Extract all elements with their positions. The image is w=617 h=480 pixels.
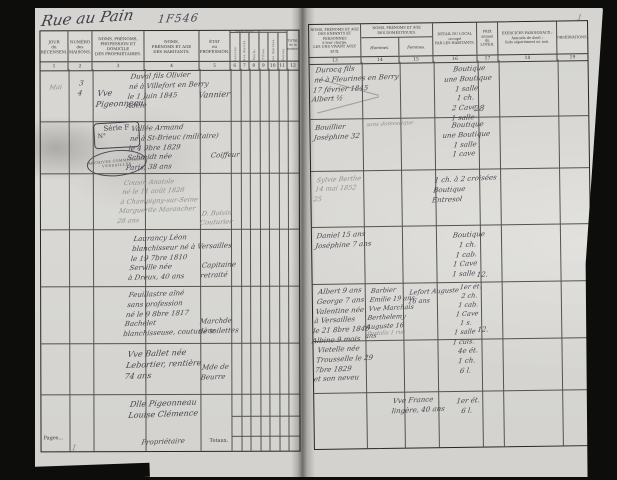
subcol-garcons: Garçons. xyxy=(233,46,237,61)
header-exercices: EXERCICES PAROISSIAUX ; Annuels de droit… xyxy=(498,22,557,55)
header-domestiques: NOMS, PRÉNOMS ET AGE DES DOMESTIQUES. xyxy=(361,23,432,38)
subcol-hommes-maries: Hommes mariés. xyxy=(242,39,246,61)
colnum: 10 xyxy=(269,62,279,70)
scanned-register-page: Rue au Pain 1F546 1 JOUR du RECENSEM. NU… xyxy=(0,0,617,480)
colnum: 16 xyxy=(433,56,477,63)
header-sexe-masculin: SEXE MASCULIN. xyxy=(230,31,259,32)
entry-etat: Capitaine retraité xyxy=(200,260,249,281)
grid-line-h xyxy=(232,436,300,437)
header-habitants: NOMS, PRÉNOMS ET AGE DES HABITANTS. xyxy=(144,31,199,61)
entry-prix: 28 xyxy=(473,102,497,114)
grid-line-h xyxy=(311,167,589,172)
grid-line-h xyxy=(312,223,590,228)
colnum: 9 xyxy=(259,62,269,70)
right-page-table: NOMS, PRÉNOMS ET AGE DES ENFANTS ET PERS… xyxy=(308,20,594,450)
left-page-table: JOUR du RECENSEM. NUMÉRO des MAISONS. NO… xyxy=(39,30,300,453)
entry-etat-pencil: D. Boivin Couturier xyxy=(199,208,249,229)
colnum: 13 xyxy=(309,57,361,64)
entry-local: 1er ét. 2 ch. 1 cab. 1 Cave 1 s. 1 salle… xyxy=(439,282,495,348)
entry-habitant: Vallée Armand né à St-Brieuc (militaire)… xyxy=(125,121,240,174)
cote-number: 1F546 xyxy=(157,10,200,27)
entry-numero: 3 4 xyxy=(70,79,91,99)
entry-local: 1 ch. à 2 croisées Boutique Entresol xyxy=(431,173,507,206)
colnum: 7 xyxy=(240,62,250,70)
entry-etat: Coiffeur xyxy=(210,150,257,161)
grid-line-v xyxy=(362,62,368,448)
entry-enfants: Vietelle née Trousselle le 29 7bre 1829 … xyxy=(313,342,406,386)
header-enfants: NOMS, PRÉNOMS ET AGE DES ENFANTS ET PERS… xyxy=(309,24,361,57)
entry-local: Boutique une Boutique 1 salle 1 ch. 2 Ca… xyxy=(434,63,498,125)
header-femmes: Femmes. xyxy=(399,37,433,55)
entry-enfants-pencil: Sylvie Berthe 14 mai 1852 25 xyxy=(313,172,402,204)
entry-habitant: Dlle Pigeonneau Louise Clémence xyxy=(128,395,242,421)
colnum: 19 xyxy=(557,54,587,60)
grid-line-h xyxy=(314,389,592,394)
colnum: 4 xyxy=(145,62,200,70)
colnum: 11 xyxy=(278,62,288,70)
scan-black-edge-top xyxy=(0,0,617,8)
grid-line-h xyxy=(231,416,299,417)
entry-local: 4e ét. 1 ch. 6 l. xyxy=(440,346,494,378)
colnum: 17 xyxy=(477,55,498,61)
entry-etat: Vannier xyxy=(198,88,248,101)
colnum: 18 xyxy=(498,55,557,62)
subcol-filles: Filles. xyxy=(261,48,265,60)
header-hommes: Hommes. xyxy=(361,38,399,57)
entry-jour: Mai xyxy=(43,83,69,93)
pages-label: Pages... xyxy=(44,435,64,441)
left-header-row: JOUR du RECENSEM. NUMÉRO des MAISONS. NO… xyxy=(40,31,298,63)
colnum: 8 xyxy=(250,62,260,70)
colnum: 1 xyxy=(41,62,69,70)
header-domestiques-group: NOMS, PRÉNOMS ET AGE DES DOMESTIQUES. Ho… xyxy=(361,23,433,56)
grid-line-v xyxy=(558,60,564,446)
entry-local: Boutique une Boutique 1 salle 1 cave xyxy=(434,119,497,161)
right-header-row: NOMS, PRÉNOMS ET AGE DES ENFANTS ET PERS… xyxy=(309,21,587,58)
entry-prix: 12. xyxy=(476,270,497,281)
page-number-handwritten: 1 xyxy=(71,442,78,454)
header-observations: OBSERVATIONS. xyxy=(557,21,587,53)
header-sexe-feminin: SEXE FÉMININ. xyxy=(259,31,287,32)
entry-enfants: Daniel 15 ans Joséphine 7 ans xyxy=(315,228,402,252)
entry-local: 1er ét. 6 l. xyxy=(441,396,494,418)
entry-etat: Marchde de toilettes xyxy=(198,316,249,337)
colnum: 3 xyxy=(93,62,145,70)
header-numero: NUMÉRO des MAISONS. xyxy=(68,31,92,61)
header-etat-profession: ÉTAT ou PROFESSION. xyxy=(199,31,230,61)
header-local: DÉTAIL DU LOCAL occupé PAR LES HABITANTS… xyxy=(433,23,477,56)
header-prix-loyer: PRIX annuel du LOYER. xyxy=(477,22,498,54)
totaux-label: Totaux. xyxy=(210,438,229,444)
subcol-veufs: Veufs. xyxy=(252,48,256,59)
grid-line-v xyxy=(499,60,505,446)
header-proprietaires: NOMS, PRÉNOMS, PROFESSION ET DOMICILE DE… xyxy=(92,31,144,61)
subcol-veuves: Veuves. xyxy=(281,47,285,61)
header-jour: JOUR du RECENSEM. xyxy=(40,31,68,61)
header-etat-civil-group: ÉTAT CIVIL DES HABITANTS. SEXE MASCULIN.… xyxy=(230,31,287,61)
colnum: 2 xyxy=(69,62,93,70)
entry-prix: 12. xyxy=(477,325,498,336)
entry-etat: Mde de Beurre xyxy=(200,362,248,383)
subcol-femmes-mariees: Femmes mariées. xyxy=(271,38,275,61)
scan-black-edge-left xyxy=(0,0,35,480)
book-spine-shadow xyxy=(291,7,315,478)
